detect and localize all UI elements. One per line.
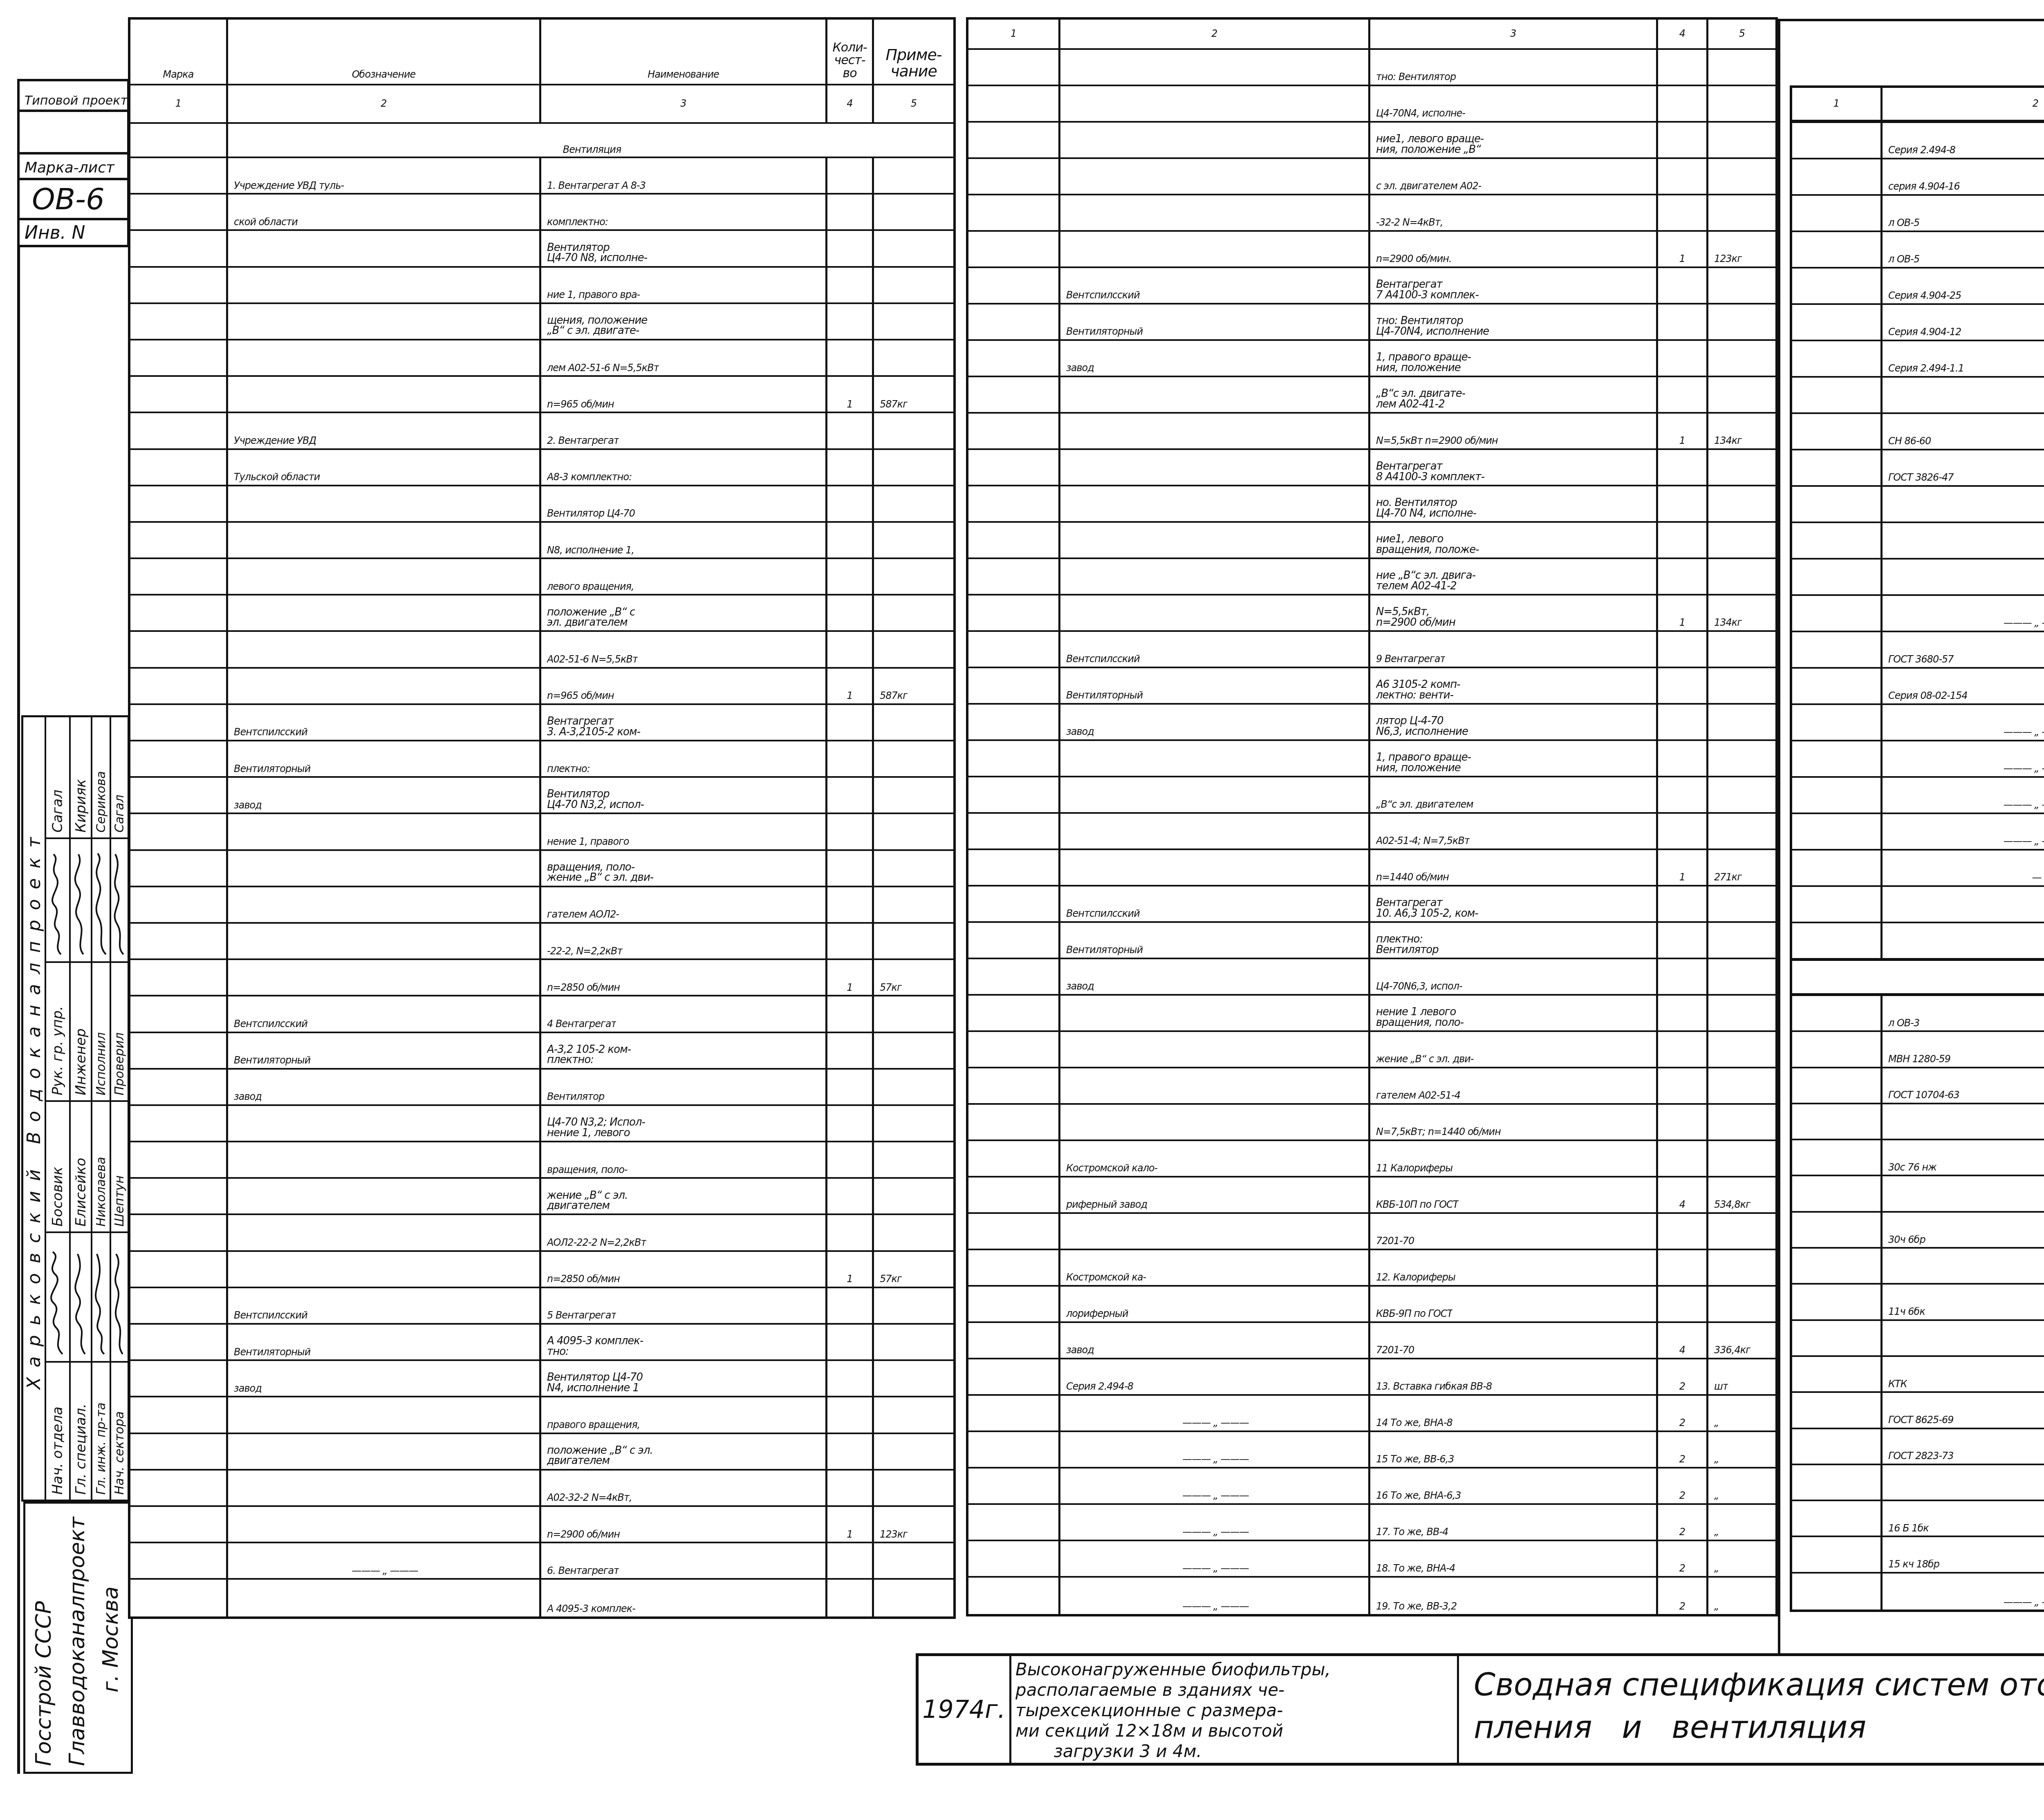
cell-note bbox=[1708, 777, 1775, 812]
cell-note bbox=[1708, 1141, 1775, 1176]
signature bbox=[71, 837, 91, 961]
ministry-line: Главводоканалпроект bbox=[61, 1509, 94, 1766]
cell-note bbox=[874, 523, 953, 557]
cell-name-text: 14 То же, ВНА-8 bbox=[1376, 1418, 1452, 1428]
cell-name: лем А02-51-6 N=5,5кВт bbox=[541, 340, 827, 375]
cell-designation bbox=[228, 1106, 541, 1141]
cell-designation bbox=[228, 377, 541, 412]
cell-note bbox=[1708, 1032, 1775, 1067]
cell-quantity: Коли- чест- во bbox=[827, 20, 874, 84]
table-row: ——— „ ———32 То же, АОК-82„ bbox=[1792, 705, 2044, 741]
cell-mark bbox=[1792, 669, 1883, 703]
table-row: правого вращения, bbox=[130, 1397, 953, 1434]
cell-quantity bbox=[1658, 777, 1708, 812]
cell-name: ние „В“с эл. двига- телем А02-41-2 bbox=[1370, 559, 1658, 594]
cell-note bbox=[1708, 268, 1775, 303]
cell-mark bbox=[130, 778, 228, 813]
cell-designation: ГОСТ 2823-73 bbox=[1883, 1429, 2044, 1464]
table-row: тно: Вентилятор bbox=[968, 50, 1775, 86]
cell-note-text: 5 bbox=[911, 99, 917, 109]
cell-quantity bbox=[1658, 959, 1708, 994]
cell-designation bbox=[228, 632, 541, 667]
spec-table-3: 12345Серия 2.494-820. То же, ВНА-3,22штс… bbox=[1790, 85, 2044, 1612]
table-row: Вентиляторныйплектно: Вентилятор bbox=[968, 923, 1775, 959]
cell-quantity bbox=[827, 1106, 874, 1141]
cell-note bbox=[874, 1142, 953, 1177]
cell-designation: л ОВ-3 bbox=[1883, 996, 2044, 1030]
cell-note: шт bbox=[1708, 1359, 1775, 1394]
signatory-title: Рук. гр. упр. bbox=[46, 961, 69, 1100]
cell-designation bbox=[228, 1397, 541, 1432]
table-row: жение „В“ с эл. дви- bbox=[968, 1032, 1775, 1068]
cell-designation-text: Серия 08-02-154 bbox=[1888, 691, 1968, 701]
cell-mark bbox=[130, 851, 228, 886]
cell-quantity: 2 bbox=[1658, 1578, 1708, 1614]
cell-mark bbox=[968, 632, 1060, 667]
cell-mark: Марка bbox=[130, 20, 228, 84]
cell-name-text: КВБ-10П по ГОСТ bbox=[1376, 1200, 1459, 1210]
table-row: Вентилятор Ц4-70 N8, исполне- bbox=[130, 231, 953, 267]
cell-designation-text: Серия 2.494-1.1 bbox=[1888, 364, 1964, 374]
cell-name-text: 7201-70 bbox=[1376, 1345, 1414, 1355]
table-row: n=965 об/мин1587кг bbox=[130, 377, 953, 413]
cell-name-text: „В“с эл. двигателем bbox=[1376, 800, 1473, 810]
table-row: Вентспилсский5 Вентагрегат bbox=[130, 1288, 953, 1325]
cell-mark bbox=[968, 777, 1060, 812]
table-row: заводлятор Ц-4-70 N6,3, исполнение bbox=[968, 705, 1775, 741]
cell-mark bbox=[130, 960, 228, 995]
cell-name-text: положение „В“ с эл. двигателем bbox=[547, 1446, 653, 1466]
cell-quantity bbox=[827, 1397, 874, 1432]
cell-note bbox=[1708, 304, 1775, 339]
cell-name: А6 3105-2 комп- лектно: венти- bbox=[1370, 668, 1658, 703]
cell-designation-text: Серия 4.904-12 bbox=[1888, 327, 1961, 337]
cell-name: правого вращения, bbox=[541, 1397, 827, 1432]
cell-name: КВБ-9П по ГОСТ bbox=[1370, 1287, 1658, 1321]
table-row: n=2900 об/мин.1123кг bbox=[968, 232, 1775, 268]
cell-note bbox=[1708, 886, 1775, 921]
cell-quantity bbox=[827, 1325, 874, 1359]
table-row: Вентиляторныйплектно: bbox=[130, 741, 953, 778]
cell-designation: завод bbox=[228, 1361, 541, 1396]
cell-quantity: 2 bbox=[1658, 1469, 1708, 1503]
table-row: ГОСТ 2823-73Термометр технический 9 ртут… bbox=[1792, 1429, 2044, 1465]
cell-quantity bbox=[1658, 559, 1708, 594]
cell-mark bbox=[968, 668, 1060, 703]
cell-mark bbox=[1792, 1104, 1883, 1139]
cell-name-text: n=2850 об/мин bbox=[547, 1274, 620, 1284]
table-row: ние1, левого враще- ния, положение „В“ bbox=[968, 123, 1775, 159]
cell-designation: СН 86-60 bbox=[1883, 414, 2044, 449]
cell-quantity bbox=[827, 1179, 874, 1213]
cell-mark bbox=[968, 268, 1060, 303]
cell-name-text: N=5,5кВт n=2900 об/мин bbox=[1376, 436, 1498, 446]
cell-note bbox=[1708, 1214, 1775, 1249]
cell-designation bbox=[228, 340, 541, 375]
cell-quantity-text: 2 bbox=[1679, 1491, 1685, 1501]
cell-designation bbox=[1060, 1032, 1370, 1067]
cell-name: АОЛ2-22-2 N=2,2кВт bbox=[541, 1215, 827, 1250]
cell-name-text: ние1, левого вращения, положе- bbox=[1376, 534, 1479, 555]
cell-designation-text: лориферный bbox=[1066, 1309, 1128, 1319]
cell-quantity: 1 bbox=[827, 1507, 874, 1542]
cell-quantity-text: 1 bbox=[847, 983, 852, 993]
signatory-title: Инженер bbox=[71, 961, 91, 1100]
cell-quantity bbox=[1658, 523, 1708, 557]
cell-name: А-3,2 105-2 ком- плектно: bbox=[541, 1033, 827, 1068]
signatory-title: Проверил bbox=[111, 961, 128, 1100]
cell-name: Наименование bbox=[541, 20, 827, 84]
cell-mark bbox=[1792, 1465, 1883, 1500]
cell-note bbox=[874, 450, 953, 485]
cell-designation-text: КТК bbox=[1888, 1379, 1907, 1389]
signature bbox=[71, 1231, 91, 1361]
cell-mark bbox=[130, 124, 228, 157]
cell-note bbox=[874, 1033, 953, 1068]
table-row: ВентспилсскийВентагрегат 3. А-3,2105-2 к… bbox=[130, 705, 953, 741]
cell-mark bbox=[968, 86, 1060, 121]
table-row: Костромской кало-11 Калориферы bbox=[968, 1141, 1775, 1178]
cell-designation: ——— „ ——— bbox=[1883, 596, 2044, 631]
cell-mark bbox=[968, 1432, 1060, 1467]
signatory-name: Николаева bbox=[92, 1100, 110, 1231]
cell-quantity bbox=[1658, 741, 1708, 776]
cell-designation-text: 15 кч 18бр bbox=[1888, 1560, 1939, 1569]
cell-note bbox=[1708, 1250, 1775, 1285]
cell-note bbox=[874, 559, 953, 594]
cell-quantity bbox=[1658, 341, 1708, 376]
cell-note-text: Приме- чание bbox=[885, 47, 941, 80]
cell-quantity bbox=[1658, 1068, 1708, 1103]
cell-name-text: ние 1, правого вра- bbox=[547, 290, 640, 300]
cell-designation-text: л ОВ-5 bbox=[1888, 255, 1919, 264]
cell-quantity bbox=[1658, 1141, 1708, 1176]
signatory-row: Нач. отдела Босовик Рук. гр. упр. Сагал bbox=[46, 717, 71, 1500]
cell-note bbox=[1708, 523, 1775, 557]
cell-designation-text: Вентиляторный bbox=[234, 1348, 310, 1357]
cell-note bbox=[874, 195, 953, 229]
cell-name-text: ние1, левого враще- ния, положение „В“ bbox=[1376, 134, 1484, 155]
cell-mark bbox=[1792, 1501, 1883, 1536]
cell-designation: Вентспилсский bbox=[228, 705, 541, 740]
table-row: Серия 4.904-25Подставки под ка- 24. лори… bbox=[1792, 269, 2044, 305]
section-title-text: Вентиляция bbox=[563, 145, 621, 155]
cell-name: 16 То же, ВНА-6,3 bbox=[1370, 1469, 1658, 1503]
signature bbox=[111, 1231, 128, 1361]
cell-name-text: нение 1, правого bbox=[547, 837, 629, 847]
cell-designation bbox=[1060, 850, 1370, 885]
cell-mark bbox=[130, 1288, 228, 1323]
signatory-name: Сагал bbox=[46, 717, 69, 837]
cell-name-text: Вентилятор bbox=[547, 1092, 604, 1102]
cell-mark bbox=[1792, 1429, 1883, 1464]
cell-designation: 2 bbox=[1883, 88, 2044, 120]
cell-designation-text: Тульской области bbox=[234, 472, 320, 482]
cell-mark bbox=[968, 1323, 1060, 1358]
cell-note bbox=[1708, 123, 1775, 157]
cell-quantity: 4 bbox=[1658, 1323, 1708, 1358]
cell-name: А02-51-6 N=5,5кВт bbox=[541, 632, 827, 667]
cell-name: жение „В“ с эл. дви- bbox=[1370, 1032, 1658, 1067]
cell-mark bbox=[1792, 814, 1883, 849]
table-row: Вентспилсский9 Вентагрегат bbox=[968, 632, 1775, 668]
cell-name-text: 11 Калориферы bbox=[1376, 1164, 1452, 1173]
cell-quantity bbox=[827, 413, 874, 448]
cell-mark bbox=[130, 1434, 228, 1469]
cell-quantity bbox=[827, 1543, 874, 1578]
cell-mark bbox=[1792, 196, 1883, 231]
cell-designation-text: ——— „ ——— bbox=[1182, 1527, 1249, 1537]
cell-note bbox=[874, 486, 953, 521]
cell-name: положение „В“ с эл. двигателем bbox=[541, 595, 827, 630]
cell-designation: завод bbox=[1060, 341, 1370, 376]
cell-mark bbox=[968, 486, 1060, 521]
cell-designation: Обозначение bbox=[228, 20, 541, 84]
cell-designation-text: ГОСТ 8625-69 bbox=[1888, 1415, 1954, 1425]
cell-designation: ——— „ ——— bbox=[1883, 814, 2044, 849]
left-frame-line bbox=[17, 79, 20, 1774]
cell-name: -22-2, N=2,2кВт bbox=[541, 924, 827, 958]
cell-mark bbox=[130, 523, 228, 557]
cell-name: 19. То же, ВВ-3,2 bbox=[1370, 1578, 1658, 1614]
cell-designation-text: Серия 2.494-8 bbox=[1888, 146, 1955, 155]
cell-designation-text: Костромской ка- bbox=[1066, 1273, 1146, 1283]
cell-name-text: лем А02-51-6 N=5,5кВт bbox=[547, 363, 659, 373]
cell-quantity bbox=[827, 304, 874, 339]
cell-mark bbox=[130, 340, 228, 375]
cell-quantity bbox=[1658, 996, 1708, 1030]
cell-name-text: комплектно: bbox=[547, 217, 608, 227]
cell-designation: ——— „ ——— bbox=[1883, 1574, 2044, 1610]
cell-designation bbox=[1060, 777, 1370, 812]
table-row bbox=[1792, 923, 2044, 960]
cell-name: 7201-70 bbox=[1370, 1323, 1658, 1358]
cell-mark bbox=[1792, 1285, 1883, 1319]
cell-mark bbox=[968, 1359, 1060, 1394]
cell-note: 5 bbox=[874, 85, 953, 122]
cell-quantity-text: 1 bbox=[847, 1274, 852, 1284]
cell-designation: ——— „ ——— bbox=[228, 1543, 541, 1578]
cell-name: жение „В“ с эл. двигателем bbox=[541, 1179, 827, 1213]
cell-name-text: левого вращения, bbox=[547, 582, 634, 592]
cell-designation: Вентспилсский bbox=[1060, 632, 1370, 667]
cell-designation-text: Вентиляторный bbox=[234, 764, 310, 774]
cell-name: 17. То же, ВВ-4 bbox=[1370, 1505, 1658, 1540]
table-row: ——— „ ———14 То же, ВНА-82„ bbox=[968, 1396, 1775, 1432]
cell-name-text: жение „В“ с эл. двигателем bbox=[547, 1191, 628, 1211]
cell-note-text: „ bbox=[1714, 1527, 1719, 1537]
cell-mark bbox=[1792, 305, 1883, 340]
table-row: ——— „ ———17. То же, ВВ-42„ bbox=[968, 1505, 1775, 1541]
cell-note-text: 134кг bbox=[1714, 618, 1742, 628]
table-row: заводВентилятор bbox=[130, 1070, 953, 1106]
table-row: серия 4.904-16Узел воздухоза- 21. бора Т… bbox=[1792, 159, 2044, 196]
table-row: Серия 08-02-154Автоматический обрат- 31 … bbox=[1792, 669, 2044, 705]
table-row: 15 кч 18брВентиль запорный 11 муфтовый d… bbox=[1792, 1537, 2044, 1573]
cell-name-text: Наименование bbox=[648, 70, 719, 80]
cell-designation-text: Вентиляторный bbox=[234, 1056, 310, 1066]
cell-note-text: 587кг bbox=[880, 400, 908, 410]
cell-note: 134кг bbox=[1708, 595, 1775, 630]
table-row: -22-2, N=2,2кВт bbox=[130, 924, 953, 960]
cell-mark bbox=[1792, 523, 1883, 558]
cell-name-text: N8, исполнение 1, bbox=[547, 546, 634, 555]
cell-note-text: 123кг bbox=[880, 1530, 908, 1540]
spec-table-2: 12345тно: ВентиляторЦ4-70N4, исполне-ние… bbox=[966, 17, 1778, 1616]
cell-designation: 30ч 6бр bbox=[1883, 1213, 2044, 1247]
cell-designation-text: Учреждение УВД bbox=[234, 436, 316, 446]
mark-sheet-value: ОВ-6 bbox=[20, 180, 127, 220]
ministry-line: Госстрой СССР bbox=[27, 1509, 61, 1766]
cell-designation-text: — bbox=[2032, 873, 2042, 883]
cell-mark bbox=[968, 304, 1060, 339]
cell-name-text: 9 Вентагрегат bbox=[1376, 654, 1445, 664]
cell-designation: серия 4.904-16 bbox=[1883, 159, 2044, 194]
cell-name: Вентилятор Ц4-70 N3,2, испол- bbox=[541, 778, 827, 813]
cell-note bbox=[874, 1543, 953, 1578]
cell-note bbox=[874, 1215, 953, 1250]
cell-name: Вентилятор bbox=[541, 1070, 827, 1104]
cell-name: плектно: Вентилятор bbox=[1370, 923, 1658, 958]
cell-name-text: 1, правого враще- ния, положение bbox=[1376, 352, 1471, 373]
cell-note bbox=[1708, 632, 1775, 667]
cell-name: щения, положение „В“ с эл. двигате- bbox=[541, 304, 827, 339]
table-row: А02-51-6 N=5,5кВт bbox=[130, 632, 953, 668]
signatory-name: Шептун bbox=[111, 1100, 128, 1231]
table-row: Ц4-70N4, исполне- bbox=[968, 86, 1775, 123]
cell-note bbox=[1708, 1287, 1775, 1321]
cell-name-text: 7201-70 bbox=[1376, 1236, 1414, 1246]
cell-designation: ——— „ ——— bbox=[1883, 741, 2044, 776]
column-number-row: 12345 bbox=[1792, 88, 2044, 123]
cell-name: ние 1, правого вра- bbox=[541, 268, 827, 302]
cell-note: „ bbox=[1708, 1541, 1775, 1576]
cell-mark-text: Марка bbox=[163, 70, 194, 80]
cell-quantity bbox=[827, 158, 874, 193]
cell-mark bbox=[968, 1541, 1060, 1576]
cell-mark bbox=[130, 1179, 228, 1213]
cell-quantity bbox=[827, 195, 874, 229]
cell-quantity bbox=[827, 1471, 874, 1505]
table-row: л ОВ-5Рама для крепле- 23. ния заслонку1… bbox=[1792, 232, 2044, 269]
cell-mark bbox=[130, 1142, 228, 1177]
cell-note: „ bbox=[1708, 1432, 1775, 1467]
cell-mark bbox=[968, 341, 1060, 376]
cell-name: плектно: bbox=[541, 741, 827, 776]
cell-designation-text: МВН 1280-59 bbox=[1888, 1054, 1950, 1064]
cell-quantity bbox=[827, 887, 874, 922]
cell-name: 3 bbox=[1370, 20, 1658, 48]
cell-designation bbox=[1060, 1214, 1370, 1249]
cell-name-text: Вентагрегат 10. А6,3 105-2, ком- bbox=[1376, 898, 1478, 919]
cell-note: „ bbox=[1708, 1469, 1775, 1503]
cell-note-text: 587кг bbox=[880, 691, 908, 701]
cell-designation bbox=[228, 1142, 541, 1177]
cell-designation bbox=[228, 304, 541, 339]
cell-designation-text: Вентиляторный bbox=[1066, 945, 1143, 955]
column-number-row: 12345 bbox=[130, 85, 953, 124]
cell-designation-text: ГОСТ 10704-63 bbox=[1888, 1090, 1959, 1100]
table-row: n=2850 об/мин157кг bbox=[130, 1252, 953, 1288]
table-row: „В“с эл. двигате- лем А02-41-2 bbox=[968, 377, 1775, 414]
cell-quantity: 1 bbox=[827, 669, 874, 703]
cell-quantity bbox=[827, 632, 874, 667]
cell-designation bbox=[1883, 1104, 2044, 1139]
cell-designation: Вентиляторный bbox=[228, 741, 541, 776]
cell-designation bbox=[1060, 86, 1370, 121]
cell-name-text: n=2850 об/мин bbox=[547, 983, 620, 993]
signatory-title: Гл. специал. bbox=[71, 1361, 91, 1500]
cell-name-text: n=1440 об/мин bbox=[1376, 873, 1449, 882]
cell-designation-text: 11ч 6бк bbox=[1888, 1307, 1925, 1317]
spec-table-1: МаркаОбозначениеНаименованиеКоли- чест- … bbox=[128, 17, 956, 1619]
table-row: через покрытия промзданий УП-74288,8кг bbox=[1792, 378, 2044, 414]
cell-note bbox=[874, 158, 953, 193]
cell-quantity: 2 bbox=[1658, 1541, 1708, 1576]
cell-designation bbox=[228, 1215, 541, 1250]
cell-name-text: -32-2 N=4кВт, bbox=[1376, 218, 1443, 228]
cell-name-text: А 4095-3 комплек- bbox=[547, 1604, 635, 1614]
cell-designation bbox=[1883, 487, 2044, 522]
cell-name-text: Вентагрегат 8 А4100-3 комплект- bbox=[1376, 461, 1484, 482]
cell-name: гателем АОЛ2- bbox=[541, 887, 827, 922]
signature bbox=[92, 1231, 110, 1361]
cell-note bbox=[874, 851, 953, 886]
table-row: Учреждение УВД2. Вентагрегат bbox=[130, 413, 953, 450]
section-header-row: Отопление bbox=[1792, 960, 2044, 996]
cell-name: Вентагрегат 10. А6,3 105-2, ком- bbox=[1370, 886, 1658, 921]
cell-name-text: Вентилятор Ц4-70 N8, исполне- bbox=[547, 243, 647, 264]
organization-name: Харьковский Водоканалпроект bbox=[23, 717, 46, 1500]
cell-designation-text: 16 Б 1бк bbox=[1888, 1524, 1929, 1533]
table-row: ние 1, правого вра- bbox=[130, 268, 953, 304]
cell-note bbox=[874, 413, 953, 448]
signatory-title: Нач. сектора bbox=[111, 1361, 128, 1500]
cell-mark-text: 1 bbox=[1011, 29, 1016, 39]
cell-name-text: А02-51-4; N=7,5кВт bbox=[1376, 836, 1470, 846]
signatory-row: Гл. специал. Елисейко Инженер Кирияк bbox=[71, 717, 92, 1500]
cell-mark bbox=[130, 1215, 228, 1250]
cell-designation-text: ——— „ ——— bbox=[2004, 764, 2044, 774]
cell-name: n=2850 об/мин bbox=[541, 1252, 827, 1287]
cell-designation: ——— „ ——— bbox=[1883, 778, 2044, 813]
cell-designation bbox=[1060, 486, 1370, 521]
cell-designation bbox=[1060, 123, 1370, 157]
cell-designation bbox=[1060, 595, 1370, 630]
cell-note bbox=[874, 778, 953, 813]
cell-name: тно: Вентилятор bbox=[1370, 50, 1658, 85]
table-row: ГОСТ 3826-47Сетка проволоч- 28 ная тканн… bbox=[1792, 450, 2044, 487]
table-row: 16 Б 1бкКлапан обратный 10 муфтовый dу20… bbox=[1792, 1501, 2044, 1537]
cell-mark bbox=[968, 450, 1060, 485]
cell-designation bbox=[1883, 560, 2044, 594]
cell-name-text: нение 1 левого вращения, поло- bbox=[1376, 1007, 1464, 1028]
table-row: 11ч 6бк6 Краны проходные bbox=[1792, 1285, 2044, 1321]
cell-designation-text: ГОСТ 3680-57 bbox=[1888, 655, 1954, 665]
cell-mark: 1 bbox=[130, 85, 228, 122]
cell-mark bbox=[130, 195, 228, 229]
cell-designation: ГОСТ 10704-63 bbox=[1883, 1068, 2044, 1103]
table-row: ВентиляторныйА 4095-3 комплек- тно: bbox=[130, 1325, 953, 1361]
table-row: гателем АОЛ2- bbox=[130, 887, 953, 924]
cell-name-text: Ц4-70N6,3, испол- bbox=[1376, 982, 1462, 992]
cell-quantity bbox=[1658, 1287, 1708, 1321]
cell-note bbox=[1708, 450, 1775, 485]
cell-designation: Учреждение УВД bbox=[228, 413, 541, 448]
cell-note bbox=[874, 340, 953, 375]
cell-note: „ bbox=[1708, 1396, 1775, 1430]
cell-designation: 15 кч 18бр bbox=[1883, 1537, 2044, 1572]
